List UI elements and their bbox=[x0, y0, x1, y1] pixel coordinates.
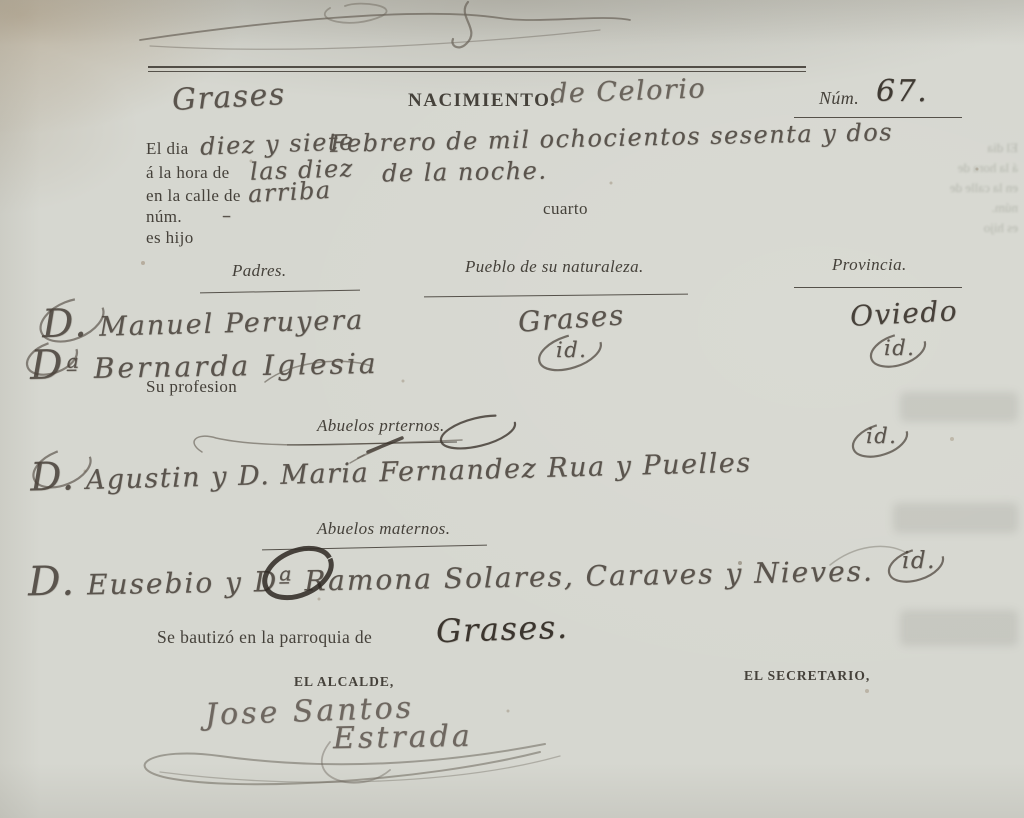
maternal-idem-handwriting: id. bbox=[902, 548, 936, 574]
num-value-handwriting: 67. bbox=[876, 74, 928, 109]
form-title: NACIMIENTO. bbox=[408, 90, 557, 112]
child-label: es hijo bbox=[146, 228, 194, 248]
number-dash-handwriting: – bbox=[222, 205, 233, 226]
paternal-idem-handwriting: id. bbox=[866, 424, 897, 448]
num-label: Núm. bbox=[819, 88, 859, 109]
margin-place-handwriting: Grases bbox=[171, 77, 286, 118]
header-double-rule bbox=[148, 66, 806, 72]
town-column-header: Pueblo de su naturaleza. bbox=[465, 257, 644, 277]
month-year-handwriting: Febrero de mil ochocientos sesenta y dos bbox=[330, 118, 894, 158]
province-idem-handwriting: id. bbox=[884, 336, 915, 360]
bleedthrough-blob bbox=[893, 503, 1018, 533]
province-column-underline bbox=[794, 287, 962, 288]
maternal-grandparents-handwriting: D. Eusebio y Dª Ramona Solares, Caraves … bbox=[28, 543, 875, 606]
secretary-label: EL SECRETARIO, bbox=[744, 668, 870, 684]
baptism-label: Se bautizó en la parroquia de bbox=[157, 627, 372, 648]
town-value-handwriting: Grases bbox=[517, 298, 626, 338]
maternal-grandparents-heading: Abuelos maternos. bbox=[317, 519, 450, 539]
day-label: El dia bbox=[146, 139, 189, 159]
bleedthrough-line: núm. bbox=[878, 198, 1018, 218]
bleedthrough-line: á la hora de bbox=[878, 158, 1018, 178]
number-label: núm. bbox=[146, 207, 182, 227]
bleedthrough-blob bbox=[900, 392, 1018, 422]
profession-label: Su profesion bbox=[146, 377, 237, 397]
baptism-parish-handwriting: Grases. bbox=[435, 608, 569, 651]
town-idem-handwriting: id. bbox=[556, 338, 587, 362]
street-label: en la calle de bbox=[146, 186, 241, 206]
paternal-grandparents-heading: Abuelos prternos. bbox=[317, 416, 445, 436]
town-column-underline bbox=[424, 294, 688, 298]
bleedthrough-line: El dia bbox=[878, 138, 1018, 158]
bleedthrough-blob bbox=[900, 610, 1018, 646]
top-pen-flourish bbox=[140, 2, 630, 49]
mayor-signature-line2-handwriting: Estrada bbox=[333, 719, 473, 756]
floor-label: cuarto bbox=[543, 199, 588, 219]
street-value-handwriting: arriba bbox=[247, 176, 332, 208]
bleedthrough-line: en la calle de bbox=[878, 178, 1018, 198]
paternal-grandparents-handwriting: D. Agustin y D. Maria Fernandez Rua y Pu… bbox=[30, 437, 753, 501]
bleedthrough-line: es hijo bbox=[878, 218, 1018, 238]
bleedthrough-text-block: El dia á la hora de en la calle de núm. … bbox=[878, 138, 1018, 238]
title-annotation-handwriting: de Celorio bbox=[550, 73, 707, 109]
hour-label: á la hora de bbox=[146, 163, 230, 183]
scanned-birth-record-page: El dia á la hora de en la calle de núm. … bbox=[0, 0, 1024, 818]
parents-column-underline bbox=[200, 290, 360, 294]
paper-speckles bbox=[0, 0, 2, 2]
province-value-handwriting: Oviedo bbox=[849, 294, 959, 333]
parents-column-header: Padres. bbox=[232, 261, 287, 281]
mayor-label: EL ALCALDE, bbox=[294, 674, 394, 690]
hour-value2-handwriting: de la noche. bbox=[382, 157, 548, 188]
province-column-header: Provincia. bbox=[832, 255, 907, 275]
